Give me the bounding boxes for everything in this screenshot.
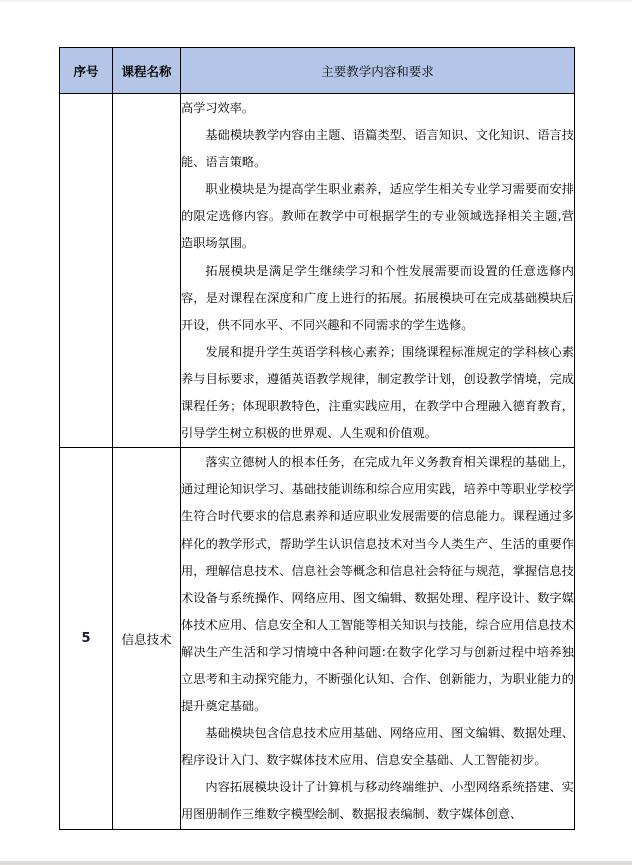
content-paragraph: 内容拓展模块设计了计算机与移动终端维护、小型网络系统搭建、实用图册制作三维数字模…	[181, 774, 574, 828]
header-seq: 序号	[60, 48, 113, 94]
table-row: 高学习效率。 基础模块教学内容由主题、语篇类型、语言知识、文化知识、语言技能、语…	[60, 94, 575, 448]
content-paragraph: 基础模块教学内容由主题、语篇类型、语言知识、文化知识、语言技能、语言策略。	[181, 122, 574, 176]
row-course-name: 信息技术	[113, 448, 181, 830]
content-paragraph: 基础模块包含信息技术应用基础、网络应用、图文编辑、数据处理、程序设计入门、数字媒…	[181, 720, 574, 774]
table-row: 5 信息技术 落实立德树人的根本任务，在完成九年义务教育相关课程的基础上，通过理…	[60, 448, 575, 830]
content-paragraph: 发展和提升学生英语学科核心素养；围绕课程标准规定的学科核心素养与目标要求，遵循英…	[181, 339, 574, 447]
viewer-bottom-edge	[0, 861, 632, 865]
row-seq: 5	[60, 448, 113, 830]
row-content: 高学习效率。 基础模块教学内容由主题、语篇类型、语言知识、文化知识、语言技能、语…	[181, 94, 575, 448]
header-content: 主要教学内容和要求	[181, 48, 575, 94]
page-number: 8	[0, 810, 632, 819]
content-paragraph: 落实立德树人的根本任务，在完成九年义务教育相关课程的基础上，通过理论知识学习、基…	[181, 449, 574, 720]
content-paragraph: 职业模块是为提高学生职业素养，适应学生相关专业学习需要而安排的限定选修内容。教师…	[181, 176, 574, 257]
row-content: 落实立德树人的根本任务，在完成九年义务教育相关课程的基础上，通过理论知识学习、基…	[181, 448, 575, 830]
content-paragraph: 拓展模块是满足学生继续学习和个性发展需要而设置的任意选修内容，是对课程在深度和广…	[181, 258, 574, 339]
row-course-name	[113, 94, 181, 448]
header-course-name: 课程名称	[113, 48, 181, 94]
row-seq	[60, 94, 113, 448]
table-header-row: 序号 课程名称 主要教学内容和要求	[60, 48, 575, 94]
course-table: 序号 课程名称 主要教学内容和要求 高学习效率。 基础模块教学内容由主题、语篇类…	[59, 47, 575, 830]
content-paragraph: 高学习效率。	[181, 95, 574, 122]
viewer-top-edge	[0, 0, 632, 2]
